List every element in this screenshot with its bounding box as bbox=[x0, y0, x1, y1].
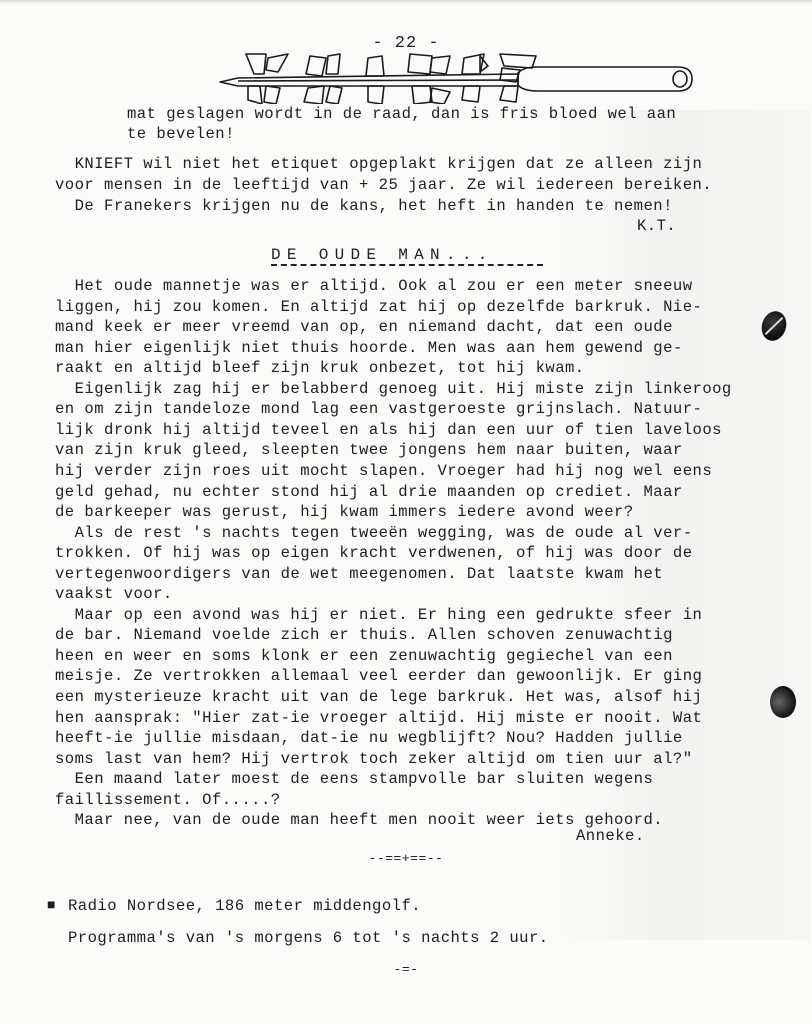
notice-line-2: Programma's van 's morgens 6 tot 's nach… bbox=[68, 928, 549, 948]
title-underline bbox=[271, 264, 543, 266]
intro-line: voor mensen in de leeftijd van + 25 jaar… bbox=[55, 175, 712, 195]
article-line: Eigenlijk zag hij er belabberd genoeg ui… bbox=[55, 379, 732, 399]
intro-signature: K.T. bbox=[637, 216, 676, 236]
article-line: hen aansprak: "Hier zat-ie vroeger altij… bbox=[55, 708, 702, 728]
intro-line: te bevelen! bbox=[127, 124, 235, 144]
article-line: raakt en altijd bleef zijn kruk onbezet,… bbox=[55, 358, 585, 378]
article-line: meisje. Ze vertrokken allemaal veel eerd… bbox=[55, 666, 702, 686]
page-number: - 22 - bbox=[0, 34, 812, 53]
article-line: liggen, hij zou komen. En altijd zat hij… bbox=[55, 297, 702, 317]
separator: --==+==-- bbox=[0, 851, 812, 866]
notice-line-1: Radio Nordsee, 186 meter middengolf. bbox=[68, 896, 421, 916]
article-line: faillissement. Of.....? bbox=[55, 790, 281, 810]
article-line: lijk dronk hij altijd teveel en als hij … bbox=[55, 420, 722, 440]
article-line: man hier eigenlijk niet thuis hoorde. Me… bbox=[55, 338, 683, 358]
intro-line: KNIEFT wil niet het etiquet opgeplakt kr… bbox=[55, 154, 702, 174]
article-line: heen en weer en soms klonk er een zenuwa… bbox=[55, 646, 673, 666]
article-line: Het oude mannetje was er altijd. Ook al … bbox=[55, 276, 693, 296]
article-line: Een maand later moest de eens stampvolle… bbox=[55, 769, 653, 789]
knieft-knife-logo bbox=[218, 52, 698, 104]
article-line: en om zijn tandeloze mond lag een vastge… bbox=[55, 399, 702, 419]
article-line: heeft-ie jullie misdaan, dat-ie nu wegbl… bbox=[55, 728, 683, 748]
article-line: mand keek er meer vreemd van op, en niem… bbox=[55, 317, 673, 337]
intro-line: mat geslagen wordt in de raad, dan is fr… bbox=[127, 104, 676, 124]
article-line: vaakst voor. bbox=[55, 584, 173, 604]
article-title: DE OUDE MAN... bbox=[271, 246, 494, 264]
article-line: trokken. Of hij was op eigen kracht verd… bbox=[55, 543, 693, 563]
article-line: soms last van hem? Hij vertrok toch zeke… bbox=[55, 749, 693, 769]
article-line: de barkeeper was gerust, hij kwam immers… bbox=[55, 502, 634, 522]
article-line: Maar op een avond was hij er niet. Er hi… bbox=[55, 605, 702, 625]
bullet-icon: ■ bbox=[47, 898, 55, 914]
article-line: Maar nee, van de oude man heeft men nooi… bbox=[55, 810, 663, 830]
punch-hole-icon bbox=[770, 686, 796, 718]
article-line: van zijn kruk gleed, sleepten twee jonge… bbox=[55, 440, 683, 460]
intro-line: De Franekers krijgen nu de kans, het hef… bbox=[55, 196, 673, 216]
separator: -=- bbox=[0, 962, 812, 977]
page-top-edge bbox=[0, 0, 812, 4]
article-line: de bar. Niemand voelde zich er thuis. Al… bbox=[55, 625, 673, 645]
article-line: geld gehad, nu echter stond hij al drie … bbox=[55, 482, 683, 502]
article-signature: Anneke. bbox=[576, 826, 645, 846]
article-line: Als de rest 's nachts tegen tweeën weggi… bbox=[55, 523, 693, 543]
article-line: een mysterieuze kracht uit van de lege b… bbox=[55, 687, 702, 707]
article-line: vertegenwoordigers van de wet meegenomen… bbox=[55, 564, 663, 584]
article-line: hij verder zijn roes uit mocht slapen. V… bbox=[55, 461, 712, 481]
